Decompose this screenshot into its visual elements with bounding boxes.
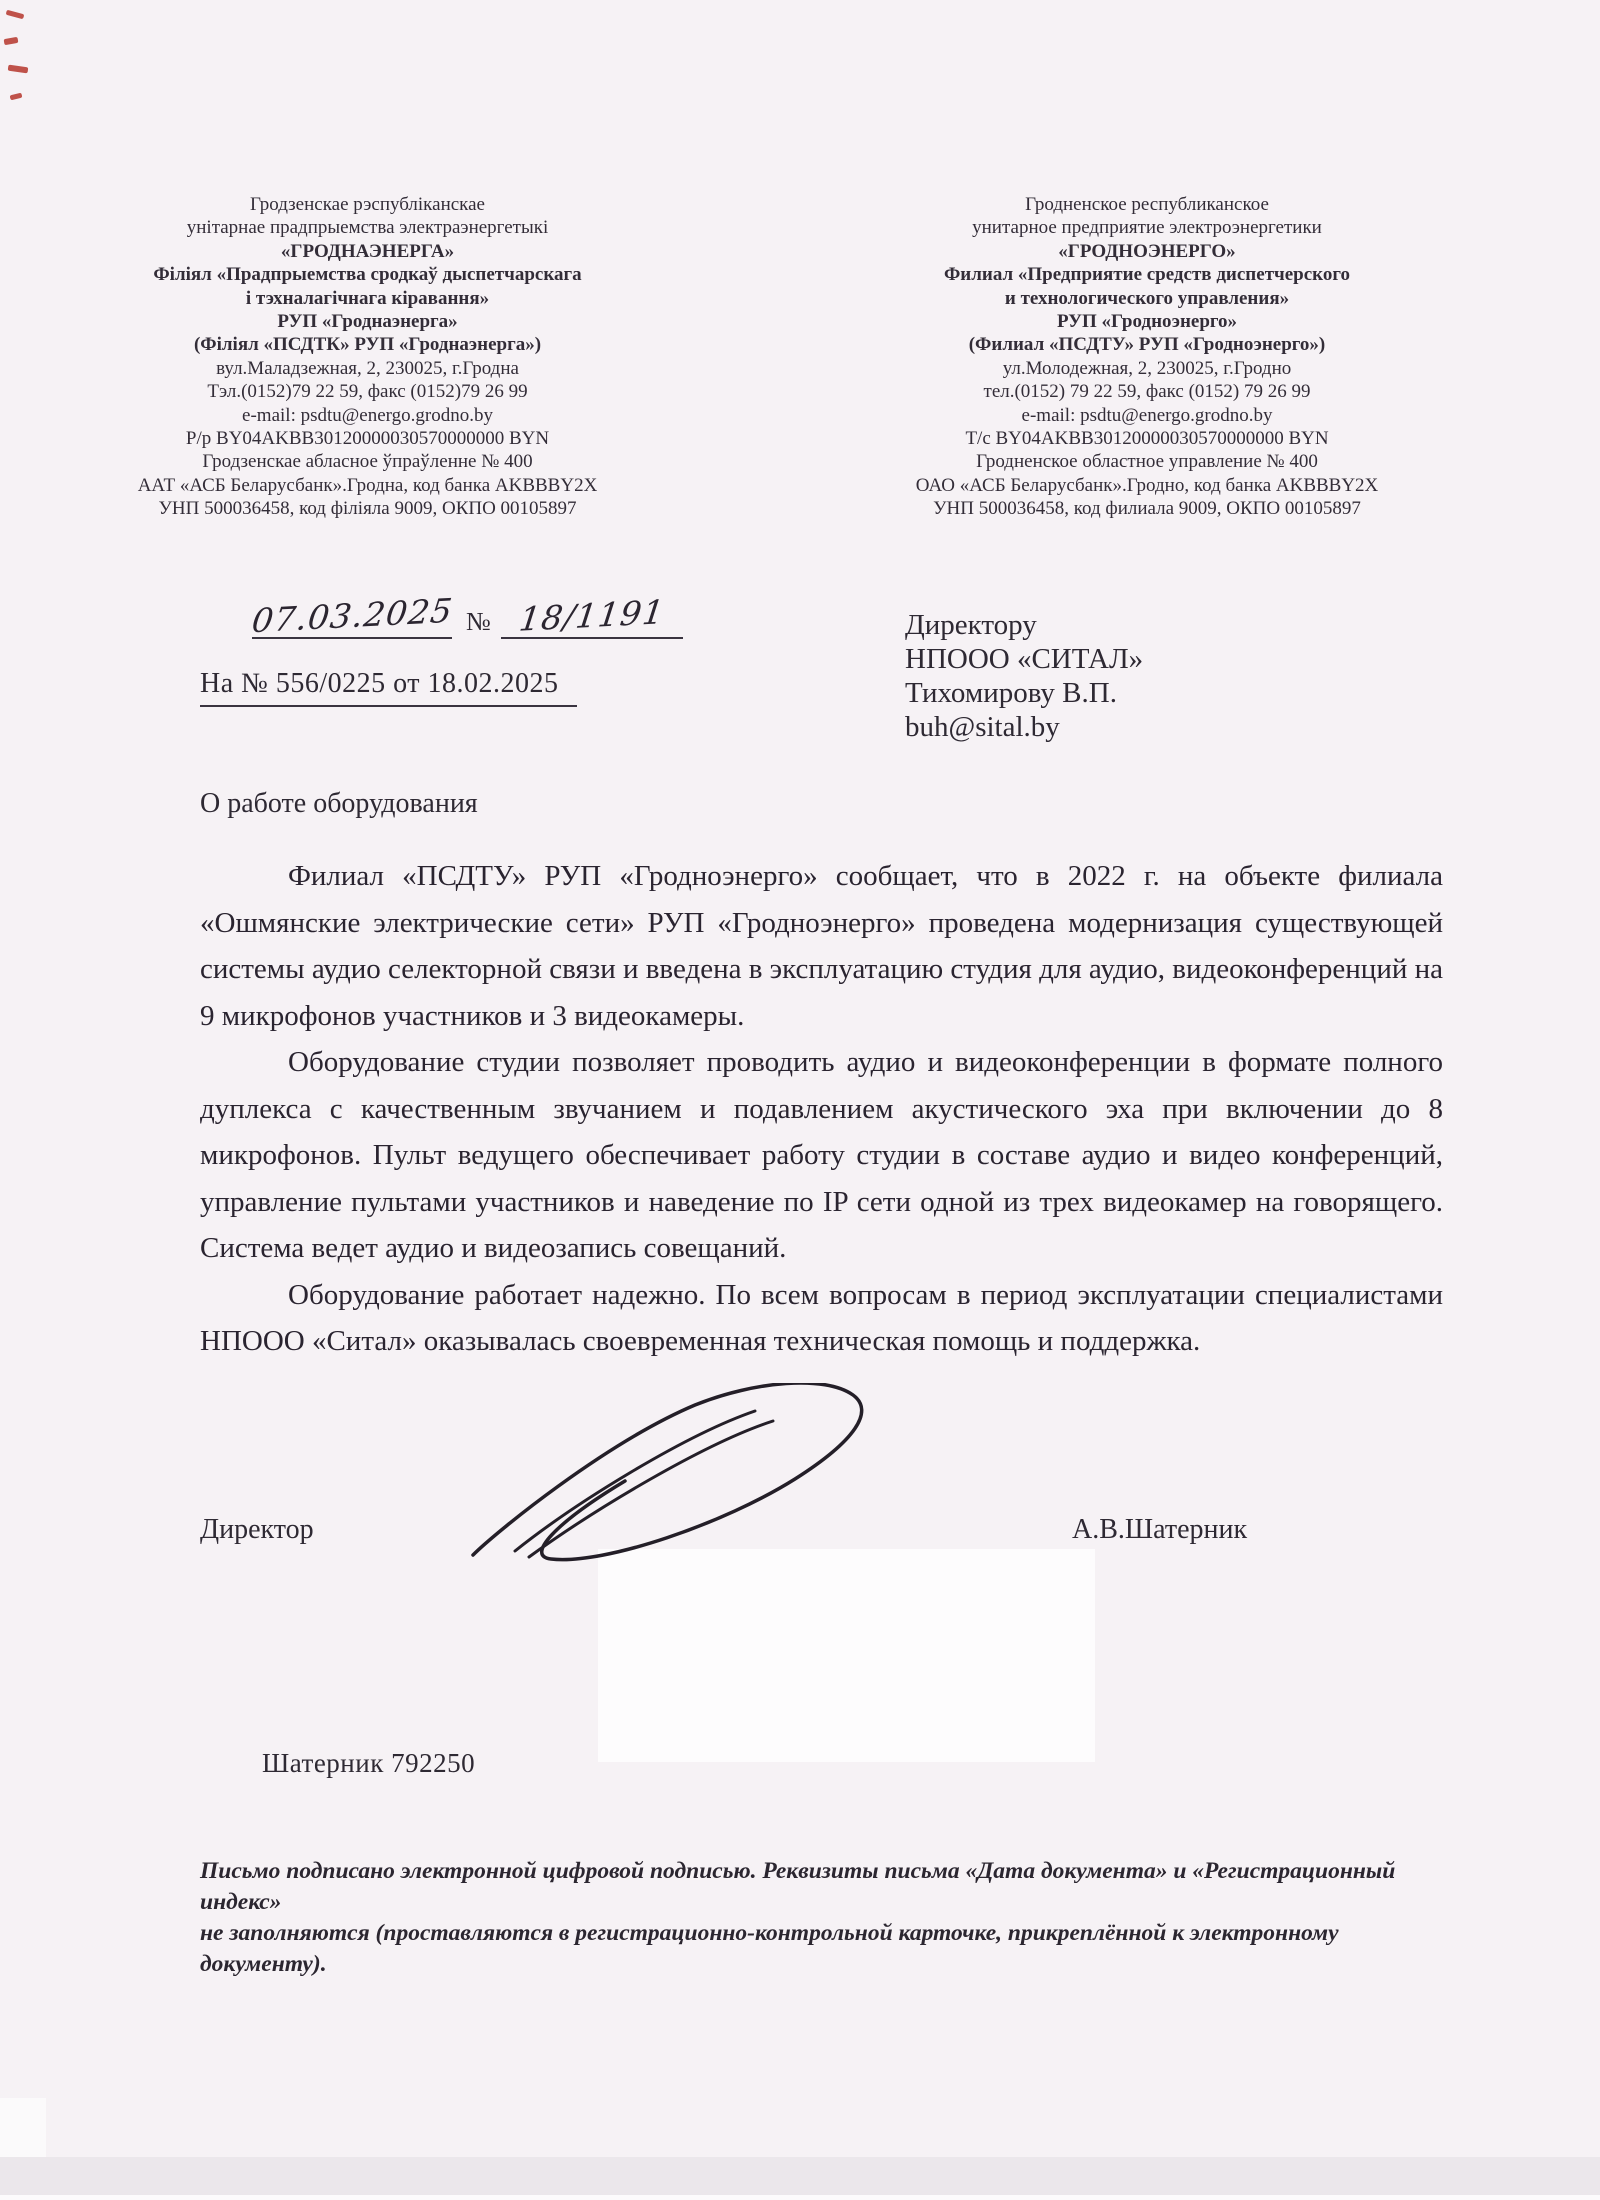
recipient-line: Директору — [905, 608, 1143, 642]
reply-reference-line: На № 556/0225 от 18.02.2025 — [200, 668, 577, 707]
scan-edge-artifact — [0, 2195, 1600, 2200]
scan-edge-artifact — [0, 2157, 1600, 2195]
letterhead-line: УНП 500036458, код филиала 9009, ОКПО 00… — [858, 497, 1436, 520]
letterhead-line: (Філіял «ПСДТК» РУП «Гроднаэнерга») — [95, 333, 640, 356]
red-pen-mark — [10, 93, 23, 101]
letterhead-line: РУП «Гродноэнерго» — [858, 310, 1436, 333]
letterhead-line: Филиал «Предприятие средств диспетчерско… — [858, 263, 1436, 286]
letterhead-line: унітарнае прадпрыемства электраэнергетык… — [95, 216, 640, 239]
letterhead-line: вул.Маладзежная, 2, 230025, г.Гродна — [95, 357, 640, 380]
subject-line: О работе оборудования — [200, 788, 478, 820]
whited-out-stamp-area — [598, 1549, 1095, 1762]
date-number-row: 07.03.2025№18/1191 — [200, 596, 683, 654]
letterhead-line: і тэхналагічнага кіравання» — [95, 287, 640, 310]
red-pen-mark — [8, 65, 29, 74]
letterhead-line: ОАО «АСБ Беларусбанк».Гродно, код банка … — [858, 474, 1436, 497]
red-pen-mark — [6, 10, 25, 19]
date-field: 07.03.2025 — [252, 596, 452, 639]
letterhead-line: РУП «Гроднаэнерга» — [95, 310, 640, 333]
letterhead-line: Гродненское республиканское — [858, 193, 1436, 216]
letterhead-line: (Филиал «ПСДТУ» РУП «Гродноэнерго») — [858, 333, 1436, 356]
letterhead-line: и технологического управления» — [858, 287, 1436, 310]
number-field: 18/1191 — [501, 596, 683, 639]
recipient-block: Директору НПООО «СИТАЛ» Тихомирову В.П. … — [905, 608, 1143, 744]
recipient-line: Тихомирову В.П. — [905, 676, 1143, 710]
letterhead-line: Т/с BY04AKBB30120000030570000000 BYN — [858, 427, 1436, 450]
reference-block: 07.03.2025№18/1191 На № 556/0225 от 18.0… — [200, 596, 683, 707]
handwritten-signature — [455, 1383, 935, 1568]
letterhead-line: e-mail: psdtu@energo.grodno.by — [95, 404, 640, 427]
letterhead: Гродзенскае рэспубліканскае унітарнае пр… — [0, 193, 1600, 521]
signature-name: А.В.Шатерник — [1072, 1514, 1247, 1546]
letterhead-line: Філіял «Прадпрыемства сродкаў дыспетчарс… — [95, 263, 640, 286]
letterhead-belarusian: Гродзенскае рэспубліканскае унітарнае пр… — [95, 193, 640, 521]
letterhead-line: Р/р BY04AKBB30120000030570000000 BYN — [95, 427, 640, 450]
letterhead-line: «ГРОДНАЭНЕРГА» — [95, 240, 640, 263]
executor-line: Шатерник 792250 — [262, 1748, 475, 1779]
recipient-line: НПООО «СИТАЛ» — [905, 642, 1143, 676]
body-paragraph: Оборудование работает надежно. По всем в… — [200, 1272, 1443, 1365]
letterhead-line: унитарное предприятие электроэнергетики — [858, 216, 1436, 239]
scanned-letter-page: Гродзенскае рэспубліканскае унітарнае пр… — [0, 0, 1600, 2200]
letterhead-line: «ГРОДНОЭНЕРГО» — [858, 240, 1436, 263]
letterhead-line: e-mail: psdtu@energo.grodno.by — [858, 404, 1436, 427]
letterhead-russian: Гродненское республиканское унитарное пр… — [858, 193, 1436, 521]
letterhead-line: ААТ «АСБ Беларусбанк».Гродна, код банка … — [95, 474, 640, 497]
recipient-email: buh@sital.by — [905, 710, 1143, 744]
red-pen-mark — [4, 37, 19, 45]
number-sign: № — [452, 607, 493, 639]
letterhead-line: ул.Молодежная, 2, 230025, г.Гродно — [858, 357, 1436, 380]
letterhead-line: Гродненское областное управление № 400 — [858, 450, 1436, 473]
handwritten-date: 07.03.2025 — [249, 591, 454, 640]
body-paragraph: Оборудование студии позволяет проводить … — [200, 1039, 1443, 1272]
letterhead-line: Гродзенскае абласное ўпраўленне № 400 — [95, 450, 640, 473]
signature-role: Директор — [200, 1514, 314, 1546]
letter-body: Филиал «ПСДТУ» РУП «Гродноэнерго» сообща… — [200, 853, 1443, 1365]
digital-signature-note: Письмо подписано электронной цифровой по… — [200, 1856, 1450, 1980]
letterhead-line: Тэл.(0152)79 22 59, факс (0152)79 26 99 — [95, 380, 640, 403]
handwritten-number: 18/1191 — [517, 592, 667, 638]
scan-edge-artifact — [0, 2098, 46, 2158]
digital-signature-note-line: не заполняются (проставляются в регистра… — [200, 1918, 1450, 1980]
body-paragraph: Филиал «ПСДТУ» РУП «Гродноэнерго» сообща… — [200, 853, 1443, 1039]
letterhead-line: Гродзенскае рэспубліканскае — [95, 193, 640, 216]
digital-signature-note-line: Письмо подписано электронной цифровой по… — [200, 1856, 1450, 1918]
letterhead-line: тел.(0152) 79 22 59, факс (0152) 79 26 9… — [858, 380, 1436, 403]
letterhead-line: УНП 500036458, код філіяла 9009, ОКПО 00… — [95, 497, 640, 520]
